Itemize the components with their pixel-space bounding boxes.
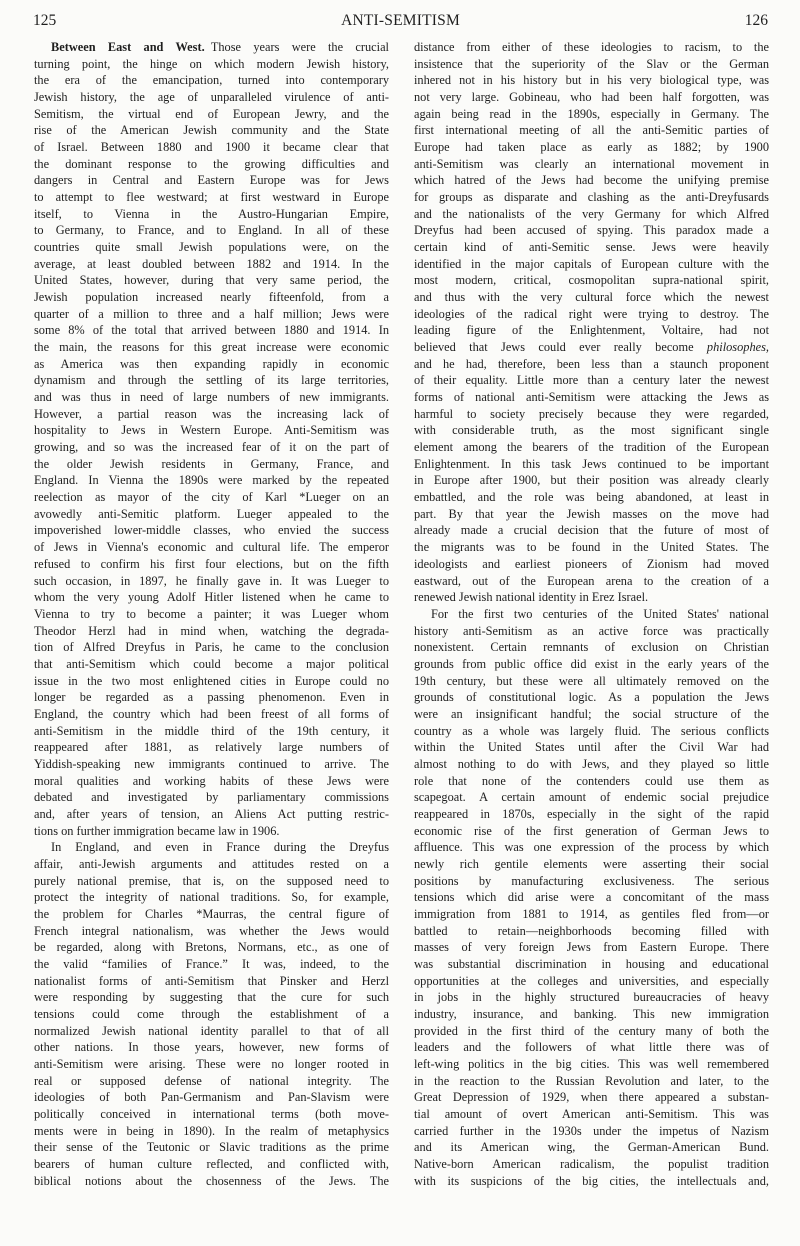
- text-line: For the first two centuries of the Unite…: [414, 606, 769, 623]
- line-text: that anti-Semitism which could become a …: [34, 657, 389, 671]
- text-line: issue in the two most enlightened cities…: [34, 673, 389, 690]
- text-line: itself, to Vienna in the Austro-Hungaria…: [34, 206, 389, 223]
- line-text: rise of the American Jewish community an…: [34, 123, 389, 137]
- text-line: immigration from 1881 to 1914, as gentil…: [414, 906, 769, 923]
- line-text: anti-Semitism were arising. These were n…: [34, 1057, 389, 1071]
- text-line: grounds of constitutional logic. As a po…: [414, 689, 769, 706]
- text-line: Europe had taken place as early as 1882;…: [414, 139, 769, 156]
- text-line: purely national premise, that is, on the…: [34, 873, 389, 890]
- text-line: and thus with the very cultural force wh…: [414, 289, 769, 306]
- line-text: leading figure of the Enlightenment, Vol…: [414, 323, 769, 337]
- line-text: reelection as mayor of the city of Karl …: [34, 490, 389, 504]
- line-text: which hatred of the Jews had become the …: [414, 173, 769, 187]
- line-text: reappeared in 1870s, especially in the s…: [414, 807, 769, 821]
- line-text: dangers in Central and Eastern Europe wa…: [34, 173, 389, 187]
- line-text: other nations. In those years, however, …: [34, 1040, 389, 1054]
- line-text: longer be regarded as a passing phenomen…: [34, 690, 389, 704]
- text-line: scapegoat. A certain amount of endemic s…: [414, 789, 769, 806]
- line-text: insistence that the superiority of the S…: [414, 57, 769, 71]
- italic-term: philosophes: [707, 340, 766, 354]
- line-text: dynamism and through the settling of its…: [34, 373, 389, 387]
- text-line: Yiddish-speaking new immigrants continue…: [34, 756, 389, 773]
- line-text: ideologists and earliest pioneers of Zio…: [414, 557, 769, 571]
- text-line: However, a partial reason was the increa…: [34, 406, 389, 423]
- text-line: believed that Jews could ever really bec…: [414, 339, 769, 356]
- text-line: Enlightenment. In this task Jews continu…: [414, 456, 769, 473]
- line-text: and the nationalists of the very Germany…: [414, 207, 769, 221]
- text-line: opportunities at the colleges and univer…: [414, 973, 769, 990]
- text-line: Semitism, the virtual end of European Je…: [34, 106, 389, 123]
- line-text: Those years were the crucial: [211, 40, 389, 54]
- line-text: of their equality. Little more than a ce…: [414, 373, 769, 387]
- text-line: newly rich gentile elements were asserti…: [414, 856, 769, 873]
- text-line: affair, anti-Jewish arguments and attitu…: [34, 856, 389, 873]
- line-text: first international meeting of all the a…: [414, 123, 769, 137]
- line-text: anti-Semitism was clearly an internation…: [414, 157, 769, 171]
- line-text: masses of very foreign Jews from Eastern…: [414, 940, 769, 954]
- text-line: within the United States until after the…: [414, 739, 769, 756]
- line-text: England. In Vienna the 1890s were marked…: [34, 473, 389, 487]
- text-line: 19th century, but these were all ultimat…: [414, 673, 769, 690]
- text-line: biblical notions about the chosenness of…: [34, 1173, 389, 1190]
- line-text: not very large. Gobineau, who had been h…: [414, 90, 769, 104]
- line-text: issue in the two most enlightened cities…: [34, 674, 389, 688]
- text-line: the problem for Charles *Maurras, the ce…: [34, 906, 389, 923]
- text-line: battled to retain—neighborhoods becoming…: [414, 923, 769, 940]
- line-text: protect the integrity of national tradit…: [34, 890, 389, 904]
- line-text: again being read in the 1890s, especiall…: [414, 107, 769, 121]
- line-text: part. By that year the Jewish masses on …: [414, 507, 769, 521]
- page-number-right: 126: [745, 10, 768, 32]
- line-text: opportunities at the colleges and univer…: [414, 974, 769, 988]
- text-line: leading figure of the Enlightenment, Vol…: [414, 322, 769, 339]
- line-text: reappeared after 1881, as relatively lar…: [34, 740, 389, 754]
- text-line: in Europe after 1900, but their position…: [414, 472, 769, 489]
- line-text: quarter of a million to three and a half…: [34, 307, 389, 321]
- text-line: refused to confirm his first four electi…: [34, 556, 389, 573]
- line-text: the migrants was to be found in the Unit…: [414, 540, 769, 554]
- text-line: England. In Vienna the 1890s were marked…: [34, 472, 389, 489]
- text-line: moral qualities and working habits of th…: [34, 773, 389, 790]
- line-text: average, at least doubled between 1882 a…: [34, 257, 389, 271]
- line-text: newly rich gentile elements were asserti…: [414, 857, 769, 871]
- line-text: was substantial discrimination in housin…: [414, 957, 769, 971]
- text-line: ideologists and earliest pioneers of Zio…: [414, 556, 769, 573]
- line-text: real or supposed defense of national int…: [34, 1074, 389, 1088]
- text-line: were an insignificant handful; the socia…: [414, 706, 769, 723]
- text-line: provided in the first third of the centu…: [414, 1023, 769, 1040]
- line-text: and its American wing, the German-Americ…: [414, 1140, 769, 1154]
- line-text: tensions could come through the establis…: [34, 1007, 389, 1021]
- line-text: the main, the reasons for this great inc…: [34, 340, 389, 354]
- line-text: carried further in the 1930s under the i…: [414, 1124, 769, 1138]
- line-text: leaders and the followers of what little…: [414, 1040, 769, 1054]
- text-line: other nations. In those years, however, …: [34, 1039, 389, 1056]
- text-line: tions on further immigration became law …: [34, 823, 389, 840]
- line-text: anti-Semitism in the middle third of the…: [34, 724, 389, 738]
- line-text: positions by manufacturing exclusiveness…: [414, 874, 769, 888]
- line-text: tions on further immigration became law …: [34, 824, 279, 838]
- line-text: nationalist forms of anti-Semitism that …: [34, 974, 389, 988]
- text-line: of Jews in Vienna's economic and cultura…: [34, 539, 389, 556]
- text-line: role that none of the contenders could u…: [414, 773, 769, 790]
- text-line: left-wing politics in the big cities. Th…: [414, 1056, 769, 1073]
- text-line: ments were in being in 1890). In the rea…: [34, 1123, 389, 1140]
- line-text: tion of Alfred Dreyfus in Paris, he came…: [34, 640, 389, 654]
- line-text: certain kind of anti-Semitic sense. Jews…: [414, 240, 769, 254]
- line-text: element among the bearers of the traditi…: [414, 440, 769, 454]
- line-text: and, after years of tension, an Aliens A…: [34, 807, 389, 821]
- line-text: in the reaction to the Russian Revolutio…: [414, 1074, 769, 1088]
- text-line: the era of the emancipation, turned into…: [34, 72, 389, 89]
- line-text: Enlightenment. In this task Jews continu…: [414, 457, 769, 471]
- text-line: French integral nationalism, was whether…: [34, 923, 389, 940]
- text-line: rise of the American Jewish community an…: [34, 122, 389, 139]
- line-text: with its suspicions of the big cities, t…: [414, 1174, 769, 1188]
- text-line: first international meeting of all the a…: [414, 122, 769, 139]
- text-line: dangers in Central and Eastern Europe wa…: [34, 172, 389, 189]
- line-text: the era of the emancipation, turned into…: [34, 73, 389, 87]
- text-line: inhered not in his history but in his ve…: [414, 72, 769, 89]
- text-line: and was thus in need of large numbers of…: [34, 389, 389, 406]
- text-line: and its American wing, the German-Americ…: [414, 1139, 769, 1156]
- text-line: reappeared in 1870s, especially in the s…: [414, 806, 769, 823]
- text-line: in jobs in the highly structured bureauc…: [414, 989, 769, 1006]
- line-text: country as a whole was largely fluid. Th…: [414, 724, 769, 738]
- line-text: 19th century, but these were all ultimat…: [414, 674, 769, 688]
- text-line: longer be regarded as a passing phenomen…: [34, 689, 389, 706]
- text-line: again being read in the 1890s, especiall…: [414, 106, 769, 123]
- text-line: bearers of human culture reflected, and …: [34, 1156, 389, 1173]
- text-line: tensions which did arise were a concomit…: [414, 889, 769, 906]
- line-text: in jobs in the highly structured bureauc…: [414, 990, 769, 1004]
- line-text: Vienna to try to become a painter; it wa…: [34, 607, 389, 621]
- line-text: of Israel. Between 1880 and 1900 it beca…: [34, 140, 389, 154]
- text-line: and, after years of tension, an Aliens A…: [34, 806, 389, 823]
- line-text: scapegoat. A certain amount of endemic s…: [414, 790, 769, 804]
- line-text: avowedly anti-Semitic platform. Lueger a…: [34, 507, 389, 521]
- line-text: Yiddish-speaking new immigrants continue…: [34, 757, 389, 771]
- text-line: embattled, and the role was being abando…: [414, 489, 769, 506]
- line-text: eastward, out of the European arena to t…: [414, 574, 769, 588]
- text-line: for groups as disparate and clashing as …: [414, 189, 769, 206]
- section-heading-line: Between East and West. Those years were …: [34, 39, 389, 56]
- text-line: normalized Jewish national identity para…: [34, 1023, 389, 1040]
- text-line: whom the very young Adolf Hitler listene…: [34, 589, 389, 606]
- line-text: some 8% of the total that arrived betwee…: [34, 323, 389, 337]
- text-line: reelection as mayor of the city of Karl …: [34, 489, 389, 506]
- line-text: England, the country which had been free…: [34, 707, 389, 721]
- text-line: as America was then expanding rapidly in…: [34, 356, 389, 373]
- line-text: biblical notions about the chosenness of…: [34, 1174, 389, 1188]
- text-line: distance from either of these ideologies…: [414, 39, 769, 56]
- line-text: economic rise of the first generation of…: [414, 824, 769, 838]
- line-text: grounds from public office did exist in …: [414, 657, 769, 671]
- line-text: identified in the major capitals of Euro…: [414, 257, 769, 271]
- line-text: the valid “families of France.” It was, …: [34, 957, 389, 971]
- text-line: politically conceived in international t…: [34, 1106, 389, 1123]
- line-text: most modern, critical, cosmopolitan supr…: [414, 273, 769, 287]
- text-line: In England, and even in France during th…: [34, 839, 389, 856]
- text-line: the older Jewish residents in Germany, F…: [34, 456, 389, 473]
- text-line: element among the bearers of the traditi…: [414, 439, 769, 456]
- line-text: United States, however, during that very…: [34, 273, 389, 287]
- text-line: the valid “families of France.” It was, …: [34, 956, 389, 973]
- text-line: economic rise of the first generation of…: [414, 823, 769, 840]
- line-text: provided in the first third of the centu…: [414, 1024, 769, 1038]
- line-text: history anti-Semitism as an active force…: [414, 624, 769, 638]
- line-text: the dominant response to the growing dif…: [34, 157, 389, 171]
- line-text: politically conceived in international t…: [34, 1107, 389, 1121]
- line-text: harmful to society precisely because the…: [414, 407, 769, 421]
- text-line: impoverished lower-middle classes, who e…: [34, 522, 389, 539]
- text-line: harmful to society precisely because the…: [414, 406, 769, 423]
- line-text: Europe had taken place as early as 1882;…: [414, 140, 769, 154]
- line-text: inhered not in his history but in his ve…: [414, 73, 769, 87]
- text-line: Great Depression of 1929, when there app…: [414, 1089, 769, 1106]
- text-line: tion of Alfred Dreyfus in Paris, he came…: [34, 639, 389, 656]
- text-line: masses of very foreign Jews from Eastern…: [414, 939, 769, 956]
- line-text: whom the very young Adolf Hitler listene…: [34, 590, 389, 604]
- text-line: of Israel. Between 1880 and 1900 it beca…: [34, 139, 389, 156]
- line-text: as America was then expanding rapidly in…: [34, 357, 389, 371]
- text-line: and he had, therefore, been less than a …: [414, 356, 769, 373]
- text-line: Jewish population increased nearly fifte…: [34, 289, 389, 306]
- line-text: and was thus in need of large numbers of…: [34, 390, 389, 404]
- text-line: in the reaction to the Russian Revolutio…: [414, 1073, 769, 1090]
- right-column: distance from either of these ideologies…: [414, 39, 769, 1189]
- text-line: leaders and the followers of what little…: [414, 1039, 769, 1056]
- text-line: hospitality to Jews in Western Europe. A…: [34, 422, 389, 439]
- line-text: the problem for Charles *Maurras, the ce…: [34, 907, 389, 921]
- line-text: within the United States until after the…: [414, 740, 769, 754]
- line-text: were an insignificant handful; the socia…: [414, 707, 769, 721]
- text-line: were responding by suggesting that the c…: [34, 989, 389, 1006]
- line-text: with considerable truth, as the most sig…: [414, 423, 769, 437]
- text-line: affluence. This was one expression of th…: [414, 839, 769, 856]
- left-column: Between East and West. Those years were …: [34, 39, 389, 1189]
- line-text: ideologies of the radical right were try…: [414, 307, 769, 321]
- line-text: to attempt to flee westward; at first we…: [34, 190, 389, 204]
- italic-term: ,: [766, 340, 769, 354]
- line-text: almost nothing to do with Jews, and they…: [414, 757, 769, 771]
- line-text: such occasion, in 1897, he finally gave …: [34, 574, 389, 588]
- text-line: grounds from public office did exist in …: [414, 656, 769, 673]
- text-line: reappeared after 1881, as relatively lar…: [34, 739, 389, 756]
- text-line: carried further in the 1930s under the i…: [414, 1123, 769, 1140]
- text-line: Theodor Herzl had in mind when, watching…: [34, 623, 389, 640]
- line-text: tial amount of overt American anti-Semit…: [414, 1107, 769, 1121]
- text-line: real or supposed defense of national int…: [34, 1073, 389, 1090]
- text-line: dynamism and through the settling of its…: [34, 372, 389, 389]
- line-text: tensions which did arise were a concomit…: [414, 890, 769, 904]
- line-text: distance from either of these ideologies…: [414, 40, 769, 54]
- running-title: ANTI-SEMITISM: [33, 10, 768, 32]
- text-line: Jewish history, the age of unparalleled …: [34, 89, 389, 106]
- text-line: anti-Semitism were arising. These were n…: [34, 1056, 389, 1073]
- text-line: anti-Semitism was clearly an internation…: [414, 156, 769, 173]
- text-line: identified in the major capitals of Euro…: [414, 256, 769, 273]
- text-line: eastward, out of the European arena to t…: [414, 573, 769, 590]
- line-text: hospitality to Jews in Western Europe. A…: [34, 423, 389, 437]
- line-text: role that none of the contenders could u…: [414, 774, 769, 788]
- line-text: turning point, the hinge on which modern…: [34, 57, 389, 71]
- line-text: renewed Jewish national identity in Erez…: [414, 590, 648, 604]
- text-line: with its suspicions of the big cities, t…: [414, 1173, 769, 1190]
- text-line: Vienna to try to become a painter; it wa…: [34, 606, 389, 623]
- text-line: United States, however, during that very…: [34, 272, 389, 289]
- text-line: turning point, the hinge on which modern…: [34, 56, 389, 73]
- line-text: immigration from 1881 to 1914, as gentil…: [414, 907, 769, 921]
- text-line: already made a crucial decision that the…: [414, 522, 769, 539]
- text-line: the migrants was to be found in the Unit…: [414, 539, 769, 556]
- line-text: impoverished lower-middle classes, who e…: [34, 523, 389, 537]
- line-text: Dreyfus had been accused of spying. This…: [414, 223, 769, 237]
- line-text: nonexistent. Certain remnants of exclusi…: [414, 640, 769, 654]
- line-text: believed that Jews could ever really bec…: [414, 340, 707, 354]
- text-line: renewed Jewish national identity in Erez…: [414, 589, 769, 606]
- line-text: affair, anti-Jewish arguments and attitu…: [34, 857, 389, 871]
- text-line: was substantial discrimination in housin…: [414, 956, 769, 973]
- text-line: almost nothing to do with Jews, and they…: [414, 756, 769, 773]
- line-text: growing, and so was the increased fear o…: [34, 440, 389, 454]
- line-text: ments were in being in 1890). In the rea…: [34, 1124, 389, 1138]
- text-line: growing, and so was the increased fear o…: [34, 439, 389, 456]
- text-line: England, the country which had been free…: [34, 706, 389, 723]
- line-text: be regarded, along with Bretons, Normans…: [34, 940, 389, 954]
- line-text: were responding by suggesting that the c…: [34, 990, 389, 1004]
- line-text: industry, insurance, and banking. This n…: [414, 1007, 769, 1021]
- line-text: the older Jewish residents in Germany, F…: [34, 457, 389, 471]
- text-line: not very large. Gobineau, who had been h…: [414, 89, 769, 106]
- text-line: ideologies of both Pan-Germanism and Pan…: [34, 1089, 389, 1106]
- line-text: Native-born American radicalism, the pop…: [414, 1157, 769, 1171]
- line-text: refused to confirm his first four electi…: [34, 557, 389, 571]
- text-line: positions by manufacturing exclusiveness…: [414, 873, 769, 890]
- line-text: In England, and even in France during th…: [51, 840, 389, 854]
- line-text: For the first two centuries of the Unite…: [431, 607, 769, 621]
- text-line: anti-Semitism in the middle third of the…: [34, 723, 389, 740]
- text-line: the main, the reasons for this great inc…: [34, 339, 389, 356]
- line-text: debated and investigated by parliamentar…: [34, 790, 389, 804]
- text-line: average, at least doubled between 1882 a…: [34, 256, 389, 273]
- text-line: history anti-Semitism as an active force…: [414, 623, 769, 640]
- line-text: their sense of the Teutonic or Slavic tr…: [34, 1140, 389, 1154]
- text-line: tensions could come through the establis…: [34, 1006, 389, 1023]
- text-line: certain kind of anti-Semitic sense. Jews…: [414, 239, 769, 256]
- line-text: Jewish history, the age of unparalleled …: [34, 90, 389, 104]
- line-text: forms of national anti-Semitism were att…: [414, 390, 769, 404]
- text-line: country as a whole was largely fluid. Th…: [414, 723, 769, 740]
- line-text: already made a crucial decision that the…: [414, 523, 769, 537]
- text-line: countries quite small Jewish populations…: [34, 239, 389, 256]
- line-text: and he had, therefore, been less than a …: [414, 357, 769, 371]
- line-text: However, a partial reason was the increa…: [34, 407, 389, 421]
- text-line: Dreyfus had been accused of spying. This…: [414, 222, 769, 239]
- text-line: Native-born American radicalism, the pop…: [414, 1156, 769, 1173]
- line-text: battled to retain—neighborhoods becoming…: [414, 924, 769, 938]
- text-line: the dominant response to the growing dif…: [34, 156, 389, 173]
- text-line: quarter of a million to three and a half…: [34, 306, 389, 323]
- line-text: Jewish population increased nearly fifte…: [34, 290, 389, 304]
- text-line: most modern, critical, cosmopolitan supr…: [414, 272, 769, 289]
- text-line: of their equality. Little more than a ce…: [414, 372, 769, 389]
- line-text: purely national premise, that is, on the…: [34, 874, 389, 888]
- text-line: nonexistent. Certain remnants of exclusi…: [414, 639, 769, 656]
- line-text: for groups as disparate and clashing as …: [414, 190, 769, 204]
- text-line: debated and investigated by parliamentar…: [34, 789, 389, 806]
- text-line: forms of national anti-Semitism were att…: [414, 389, 769, 406]
- line-text: in Europe after 1900, but their position…: [414, 473, 769, 487]
- text-line: with considerable truth, as the most sig…: [414, 422, 769, 439]
- line-text: affluence. This was one expression of th…: [414, 840, 769, 854]
- line-text: to Germany, to France, and to England. I…: [34, 223, 389, 237]
- line-text: Semitism, the virtual end of European Je…: [34, 107, 389, 121]
- text-line: which hatred of the Jews had become the …: [414, 172, 769, 189]
- text-line: nationalist forms of anti-Semitism that …: [34, 973, 389, 990]
- line-text: Theodor Herzl had in mind when, watching…: [34, 624, 389, 638]
- text-line: insistence that the superiority of the S…: [414, 56, 769, 73]
- line-text: itself, to Vienna in the Austro-Hungaria…: [34, 207, 389, 221]
- line-text: and thus with the very cultural force wh…: [414, 290, 769, 304]
- line-text: countries quite small Jewish populations…: [34, 240, 389, 254]
- line-text: normalized Jewish national identity para…: [34, 1024, 389, 1038]
- text-line: to attempt to flee westward; at first we…: [34, 189, 389, 206]
- text-line: their sense of the Teutonic or Slavic tr…: [34, 1139, 389, 1156]
- text-line: part. By that year the Jewish masses on …: [414, 506, 769, 523]
- text-line: to Germany, to France, and to England. I…: [34, 222, 389, 239]
- section-heading: Between East and West.: [51, 40, 205, 54]
- line-text: ideologies of both Pan-Germanism and Pan…: [34, 1090, 389, 1104]
- text-line: and the nationalists of the very Germany…: [414, 206, 769, 223]
- text-line: such occasion, in 1897, he finally gave …: [34, 573, 389, 590]
- line-text: moral qualities and working habits of th…: [34, 774, 389, 788]
- line-text: embattled, and the role was being abando…: [414, 490, 769, 504]
- text-line: protect the integrity of national tradit…: [34, 889, 389, 906]
- text-line: ideologies of the radical right were try…: [414, 306, 769, 323]
- line-text: left-wing politics in the big cities. Th…: [414, 1057, 769, 1071]
- line-text: of Jews in Vienna's economic and cultura…: [34, 540, 389, 554]
- text-line: some 8% of the total that arrived betwee…: [34, 322, 389, 339]
- text-line: be regarded, along with Bretons, Normans…: [34, 939, 389, 956]
- line-text: French integral nationalism, was whether…: [34, 924, 389, 938]
- line-text: Great Depression of 1929, when there app…: [414, 1090, 769, 1104]
- text-line: avowedly anti-Semitic platform. Lueger a…: [34, 506, 389, 523]
- line-text: bearers of human culture reflected, and …: [34, 1157, 389, 1171]
- text-line: industry, insurance, and banking. This n…: [414, 1006, 769, 1023]
- running-head: 125 ANTI-SEMITISM 126: [33, 10, 768, 32]
- line-text: grounds of constitutional logic. As a po…: [414, 690, 769, 704]
- text-line: tial amount of overt American anti-Semit…: [414, 1106, 769, 1123]
- text-line: that anti-Semitism which could become a …: [34, 656, 389, 673]
